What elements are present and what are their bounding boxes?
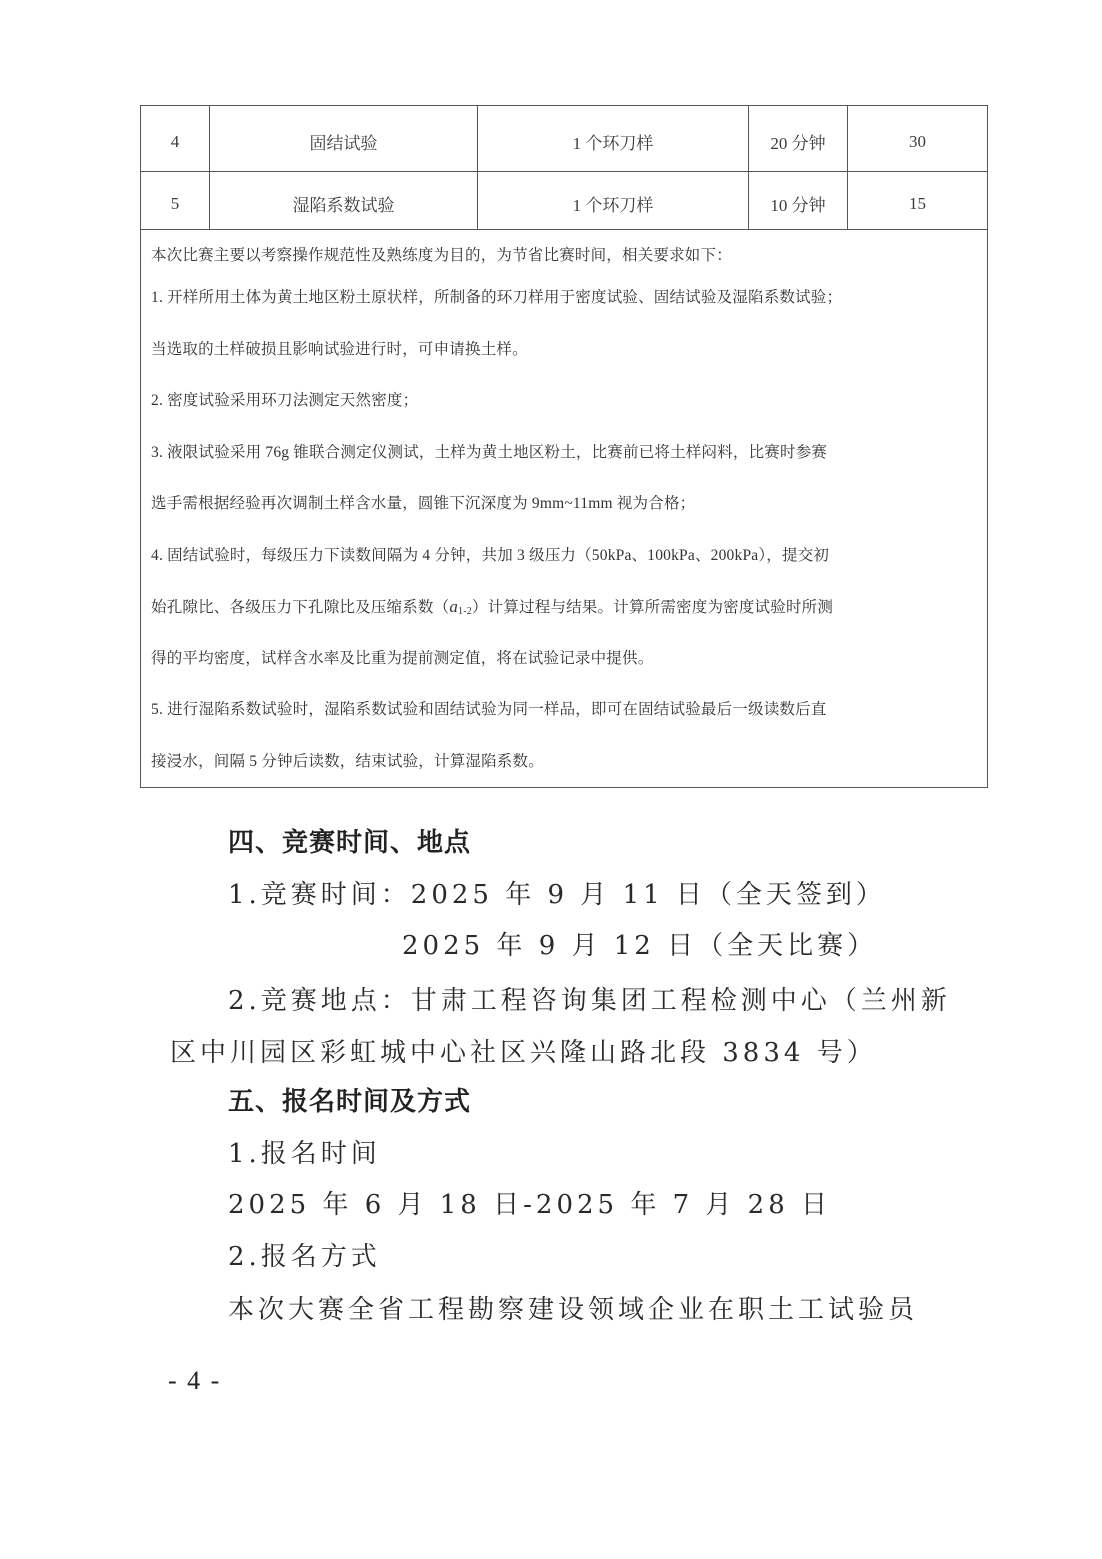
registration-method-label: 2.报名方式 [228,1236,381,1273]
document-page: 4 固结试验 1 个环刀样 20 分钟 30 5 湿陷系数试验 1 个环刀样 1… [0,0,1102,1559]
cell-test-name: 固结试验 [210,106,478,171]
note-item-4-cont: 始孔隙比、各级压力下孔隙比及压缩系数（a1-2）计算过程与结果。计算所需密度为密… [151,581,987,633]
note-item-5-cont: 接浸水，间隔 5 分钟后读数，结束试验，计算湿陷系数。 [151,736,987,788]
cell-number: 4 [141,106,210,171]
competition-time-line-2: 2025 年 9 月 12 日（全天比赛） [402,925,877,962]
cell-score: 15 [848,172,987,229]
registration-time-label: 1.报名时间 [228,1133,381,1170]
note-item-3: 3. 液限试验采用 76g 锥联合测定仪测试，土样为黄土地区粉土，比赛前已将土样… [151,427,987,479]
competition-time-line-1: 1.竞赛时间：2025 年 9 月 11 日（全天签到） [228,874,886,911]
note-item-5: 5. 进行湿陷系数试验时，湿陷系数试验和固结试验为同一样品，即可在固结试验最后一… [151,684,987,736]
table-notes: 本次比赛主要以考察操作规范性及熟练度为目的，为节省比赛时间，相关要求如下： 1.… [141,216,987,787]
section-heading-registration: 五、报名时间及方式 [228,1081,471,1118]
note-item-1-cont: 当选取的土样破损且影响试验进行时，可申请换土样。 [151,324,987,376]
note-item-4: 4. 固结试验时，每级压力下读数间隔为 4 分钟，共加 3 级压力（50kPa、… [151,530,987,582]
competition-location-line-1: 2.竞赛地点：甘肃工程咨询集团工程检测中心（兰州新 [228,980,951,1017]
note-item-4-cont2: 得的平均密度，试样含水率及比重为提前测定值，将在试验记录中提供。 [151,633,987,685]
competition-location-line-2: 区中川园区彩虹城中心社区兴隆山路北段 3834 号） [170,1032,877,1069]
note-item-3-cont: 选手需根据经验再次调制土样含水量，圆锥下沉深度为 9mm~11mm 视为合格； [151,478,987,530]
registration-date-range: 2025 年 6 月 18 日-2025 年 7 月 28 日 [228,1184,831,1221]
note-text: 始孔隙比、各级压力下孔隙比及压缩系数（ [151,599,449,616]
registration-method-body: 本次大赛全省工程勘察建设领域企业在职土工试验员 [228,1289,918,1326]
section-heading-time-location: 四、竞赛时间、地点 [228,822,471,859]
table-row: 4 固结试验 1 个环刀样 20 分钟 30 [141,106,987,172]
page-number: - 4 - [168,1366,221,1396]
compression-coefficient-subscript: 1-2 [458,606,472,617]
competition-items-table: 4 固结试验 1 个环刀样 20 分钟 30 5 湿陷系数试验 1 个环刀样 1… [140,105,988,788]
cell-duration: 10 分钟 [749,172,848,229]
note-text: ）计算过程与结果。计算所需密度为密度试验时所测 [472,599,833,616]
cell-score: 30 [848,106,987,171]
cell-sample: 1 个环刀样 [478,106,749,171]
note-item-1: 1. 开样所用土体为黄土地区粉土原状样，所制备的环刀样用于密度试验、固结试验及湿… [151,272,987,324]
cell-duration: 20 分钟 [749,106,848,171]
compression-coefficient-symbol: a [449,597,458,616]
note-item-2: 2. 密度试验采用环刀法测定天然密度； [151,375,987,427]
